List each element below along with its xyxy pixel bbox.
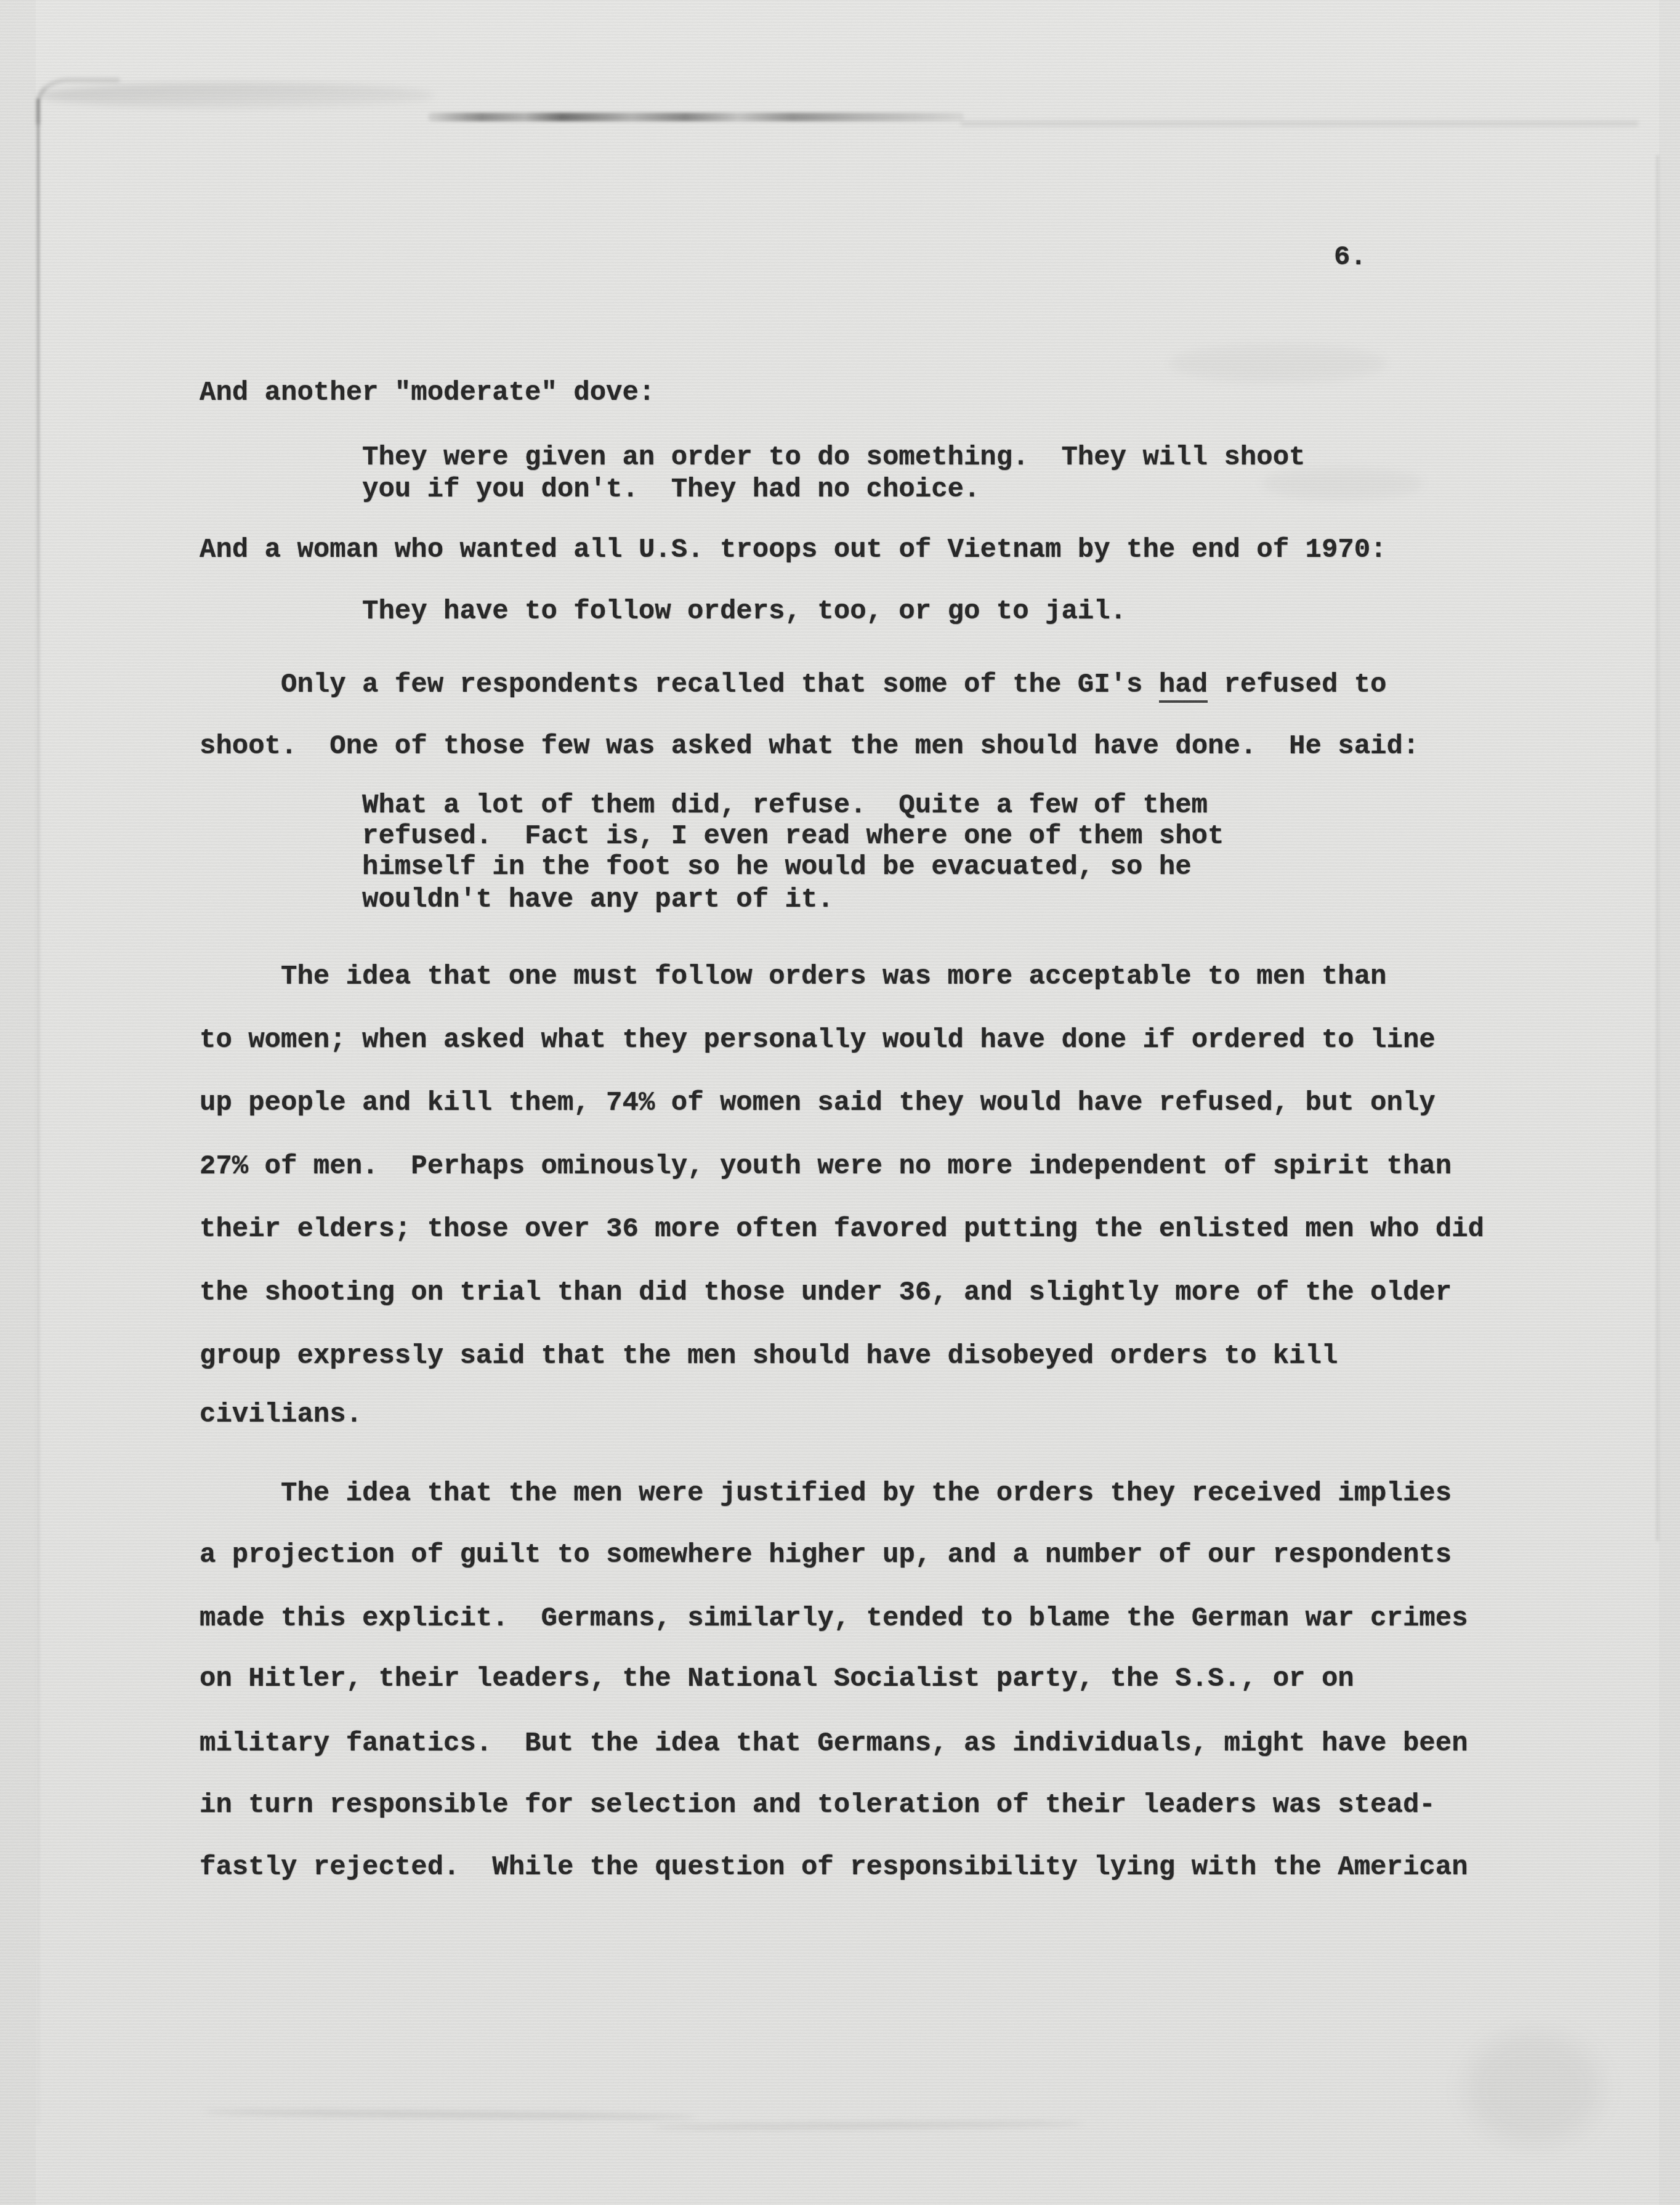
- body-line: a projection of guilt to somewhere highe…: [200, 1540, 1452, 1571]
- body-line: the shooting on trial than did those und…: [200, 1277, 1452, 1308]
- paper-edge-right: [1657, 155, 1658, 1541]
- page-number: 6.: [1334, 242, 1367, 273]
- quote-line: wouldn't have any part of it.: [362, 884, 834, 915]
- body-line: their elders; those over 36 more often f…: [200, 1214, 1484, 1245]
- line-prefix: Only a few respondents recalled that som…: [281, 670, 1159, 700]
- body-line: The idea that the men were justified by …: [281, 1478, 1452, 1509]
- scanned-document-page: 6. And another "moderate" dove: They wer…: [0, 0, 1680, 2205]
- body-line: Only a few respondents recalled that som…: [281, 670, 1387, 700]
- body-line: The idea that one must follow orders was…: [281, 961, 1387, 992]
- ink-bleed-ghost-1: [1170, 345, 1386, 382]
- paper-edge-bottom-left: [203, 2109, 696, 2120]
- underlined-word: had: [1159, 670, 1208, 703]
- body-line: 27% of men. Perhaps ominously, youth wer…: [200, 1151, 1452, 1182]
- quote-line: They have to follow orders, too, or go t…: [362, 596, 1126, 627]
- body-line: to women; when asked what they personall…: [200, 1025, 1436, 1056]
- body-line: military fanatics. But the idea that Ger…: [200, 1728, 1468, 1759]
- scan-right-shade: [1659, 0, 1680, 2205]
- body-line: on Hitler, their leaders, the National S…: [200, 1664, 1354, 1694]
- quote-line: What a lot of them did, refuse. Quite a …: [362, 790, 1208, 821]
- scan-top-dark-streak: [428, 113, 964, 121]
- quote-line: refused. Fact is, I even read where one …: [362, 821, 1224, 852]
- body-line: in turn responsible for selection and to…: [200, 1790, 1436, 1821]
- body-line: And a woman who wanted all U.S. troops o…: [200, 535, 1387, 565]
- quote-line: himself in the foot so he would be evacu…: [362, 852, 1192, 883]
- line-suffix: refused to: [1208, 670, 1386, 700]
- body-line: group expressly said that the men should…: [200, 1341, 1338, 1372]
- quote-line: you if you don't. They had no choice.: [362, 474, 980, 505]
- paper-edge-left: [37, 99, 39, 2125]
- scan-topright-band: [961, 121, 1638, 126]
- body-line: shoot. One of those few was asked what t…: [200, 731, 1419, 762]
- paper-corner-topleft: [37, 79, 119, 124]
- paper-edge-bottom-right: [653, 2121, 1084, 2130]
- body-line: up people and kill them, 74% of women sa…: [200, 1088, 1436, 1119]
- scan-bottomright-smudge: [1466, 2033, 1601, 2143]
- body-line: made this explicit. Germans, similarly, …: [200, 1603, 1468, 1634]
- scan-top-strip: [0, 0, 1680, 79]
- quote-line: They were given an order to do something…: [362, 442, 1305, 473]
- body-line: And another "moderate" dove:: [200, 378, 655, 408]
- scan-topleft-smudge: [40, 83, 434, 108]
- body-line: fastly rejected. While the question of r…: [200, 1852, 1468, 1883]
- scan-left-shade: [0, 0, 36, 2205]
- body-line: civilians.: [200, 1399, 362, 1430]
